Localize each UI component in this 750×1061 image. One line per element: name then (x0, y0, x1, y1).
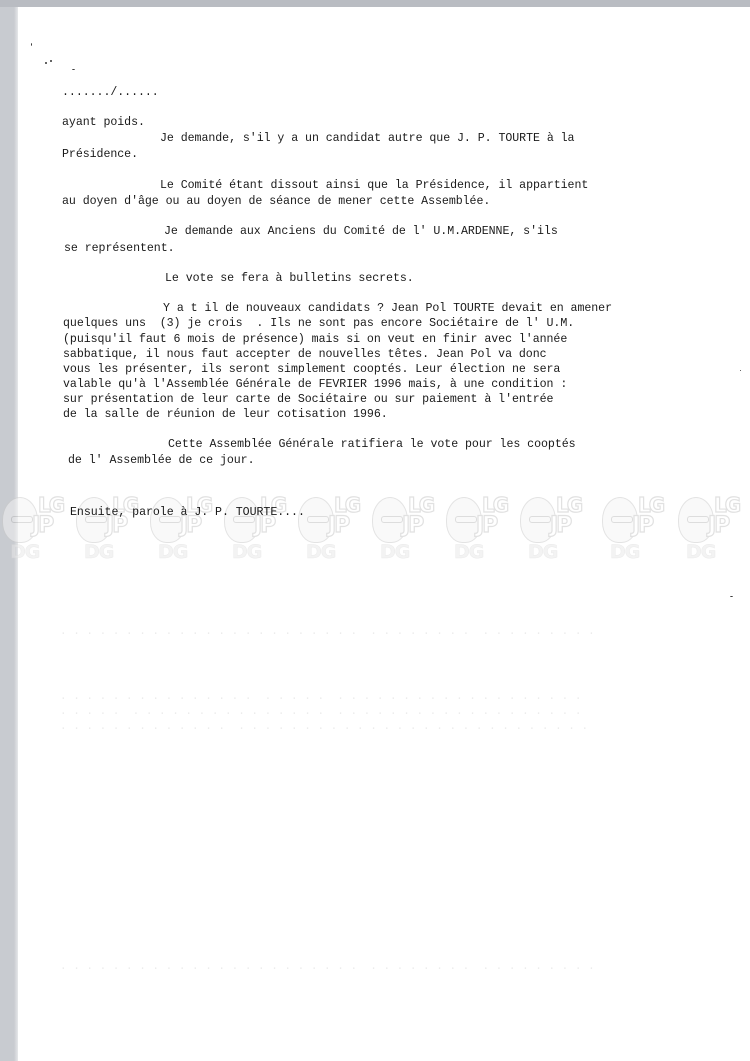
paragraph-line: Cette Assemblée Générale ratifiera le vo… (168, 437, 576, 452)
paragraph-line: valable qu'à l'Assemblée Générale de FEV… (63, 377, 567, 392)
ink-speck (45, 62, 47, 64)
watermark-jp: JP (632, 513, 652, 538)
bleed-through-text: . . . . . . . . . . . . . . . . . . . . … (60, 960, 595, 975)
bleed-through-text: . . . . . . . . . . . . . . . . . . . . … (60, 720, 588, 735)
watermark-jp: JP (328, 513, 348, 538)
watermark-logo: LGJPDG (676, 493, 750, 568)
paragraph-line: Présidence. (62, 147, 138, 162)
watermark-logo: LGJPDG (518, 493, 592, 568)
watermark-dg: DG (610, 541, 639, 563)
scanner-top-edge (0, 0, 750, 7)
watermark-logo: LGJPDG (0, 493, 74, 568)
paragraph-line: de la salle de réunion de leur cotisatio… (63, 407, 388, 422)
watermark-dg: DG (528, 541, 557, 563)
bleed-through-text: . . . . . . . . . . . . . . . . . . . . … (60, 705, 582, 720)
paragraph-line: (puisqu'il faut 6 mois de présence) mais… (63, 332, 567, 347)
paragraph-line: sur présentation de leur carte de Sociét… (63, 392, 553, 407)
closing-line: Ensuite, parole à J. P. TOURTE.... (70, 505, 305, 520)
watermark-dg: DG (380, 541, 409, 563)
ink-speck (31, 43, 32, 46)
watermark-logo: LGJPDG (370, 493, 444, 568)
ink-speck (730, 596, 733, 597)
bleed-through-text: . . . . . . . . . . . . . . . . . . . . … (60, 625, 595, 640)
paragraph-line: Je demande, s'il y a un candidat autre q… (160, 131, 574, 146)
watermark-jp: JP (550, 513, 570, 538)
paragraph-line: de l' Assemblée de ce jour. (68, 453, 255, 468)
watermark-logo: LGJPDG (600, 493, 674, 568)
bleed-through-text: . . . . . . . . . . . . . . . . . . . . … (60, 690, 582, 705)
paragraph-line: vous les présenter, ils seront simplemen… (63, 362, 560, 377)
watermark-dg: DG (454, 541, 483, 563)
watermark-dg: DG (158, 541, 187, 563)
watermark-dg: DG (84, 541, 113, 563)
paragraph-line: au doyen d'âge ou au doyen de séance de … (62, 194, 490, 209)
watermark-jp: JP (476, 513, 496, 538)
watermark-jp: JP (708, 513, 728, 538)
paragraph-line: Y a t il de nouveaux candidats ? Jean Po… (163, 301, 612, 316)
paragraph-line: Le vote se fera à bulletins secrets. (165, 271, 414, 286)
continuation-marker: ......./...... (62, 85, 159, 100)
paragraph-line: quelques uns (3) je crois . Ils ne sont … (63, 316, 574, 331)
paragraph-line: ayant poids. (62, 115, 145, 130)
watermark-jp: JP (402, 513, 422, 538)
watermark-dg: DG (686, 541, 715, 563)
ink-speck (740, 370, 741, 371)
paragraph-line: Le Comité étant dissout ainsi que la Pré… (160, 178, 588, 193)
ink-speck (72, 69, 75, 70)
watermark-dg: DG (10, 541, 39, 563)
watermark-logo: LGJPDG (444, 493, 518, 568)
ink-speck (50, 60, 52, 62)
paragraph-line: Je demande aux Anciens du Comité de l' U… (164, 224, 558, 239)
watermark-jp: JP (32, 513, 52, 538)
paragraph-line: se représentent. (64, 241, 175, 256)
watermark-logo: LGJPDG (296, 493, 370, 568)
watermark-dg: DG (306, 541, 335, 563)
watermark-dg: DG (232, 541, 261, 563)
paragraph-line: sabbatique, il nous faut accepter de nou… (63, 347, 547, 362)
